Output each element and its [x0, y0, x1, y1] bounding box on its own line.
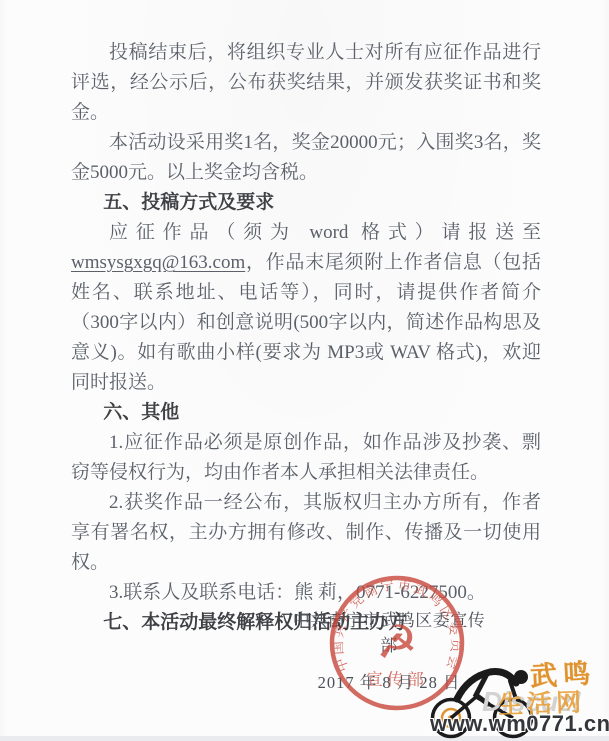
watermark-url: www.wm0771.cn	[430, 711, 609, 737]
submission-text-after-email: ，作品末尾须附上作者信息（包括姓名、联系地址、电话等），同时，请提供作者简介（3…	[71, 252, 541, 393]
other-item-3-contact: 3.联系人及联系电话：熊 莉，0771-6227500。	[71, 578, 541, 608]
paragraph-prizes: 本活动设采用奖1名，奖金20000元；入围奖3名，奖金5000元。以上奖金均含税…	[71, 128, 541, 188]
other-item-2: 2.获奖作品一经公布，其版权归主办方所有，作者享有署名权，主办方拥有修改、制作、…	[71, 488, 541, 578]
other-item-1: 1.应征作品必须是原创作品，如作品涉及抄袭、剽窃等侵权行为，均由作者本人承担相关…	[71, 428, 541, 488]
submission-text-before-email: 应征作品（须为 word 格式）请报送至	[109, 222, 541, 243]
paragraph-submission: 应征作品（须为 word 格式）请报送至 wmsysgxgq@163.com，作…	[71, 218, 541, 398]
document-page: 投稿结束后，将组织专业人士对所有应征作品进行评选，经公示后，公布获奖结果，并颁发…	[0, 0, 609, 741]
site-watermark: Discuz! 武鸣 生活网 www.wm0771.cn	[424, 653, 609, 741]
section-5-heading: 五、投稿方式及要求	[71, 188, 541, 218]
document-body: 投稿结束后，将组织专业人士对所有应征作品进行评选，经公示后，公布获奖结果，并颁发…	[71, 38, 541, 638]
submission-email: wmsysgxgq@163.com	[71, 252, 245, 273]
section-6-heading: 六、其他	[71, 398, 541, 428]
paragraph-judging: 投稿结束后，将组织专业人士对所有应征作品进行评选，经公示后，公布获奖结果，并颁发…	[71, 38, 541, 128]
signature-organization: 中共南宁市武鸣区委宣传部	[288, 606, 490, 656]
